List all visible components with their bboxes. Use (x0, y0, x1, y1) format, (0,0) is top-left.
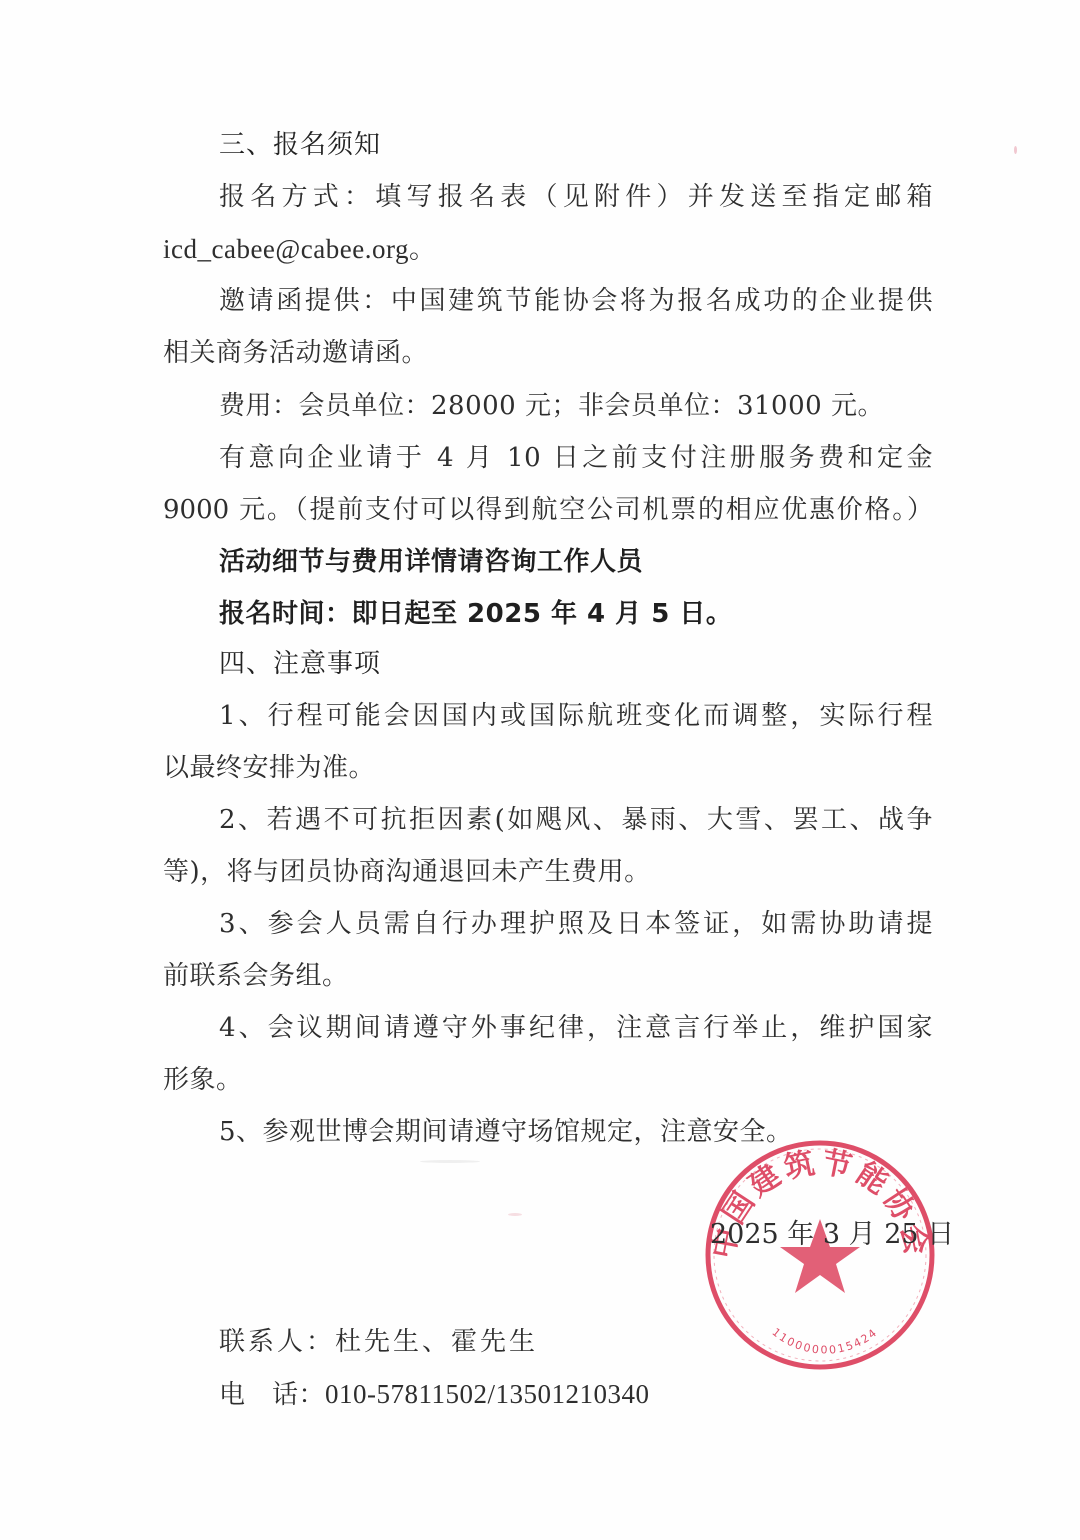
contact-person: 联系人：杜先生、霍先生 (219, 1325, 538, 1359)
notice-item-3-line2: 前联系会务组。 (163, 959, 349, 993)
notice-item-4-line2: 形象。 (163, 1063, 243, 1097)
section3-heading: 三、报名须知 (219, 128, 381, 162)
contact-phone: 电 话：010-57811502/13501210340 (219, 1377, 650, 1412)
fees-text: 费用：会员单位：28000 元；非会员单位：31000 元。 (219, 389, 884, 423)
phone-label: 电 话： (219, 1380, 325, 1410)
notice-item-2-line2: 等)，将与团员协商沟通退回未产生费用。 (163, 855, 651, 889)
consult-note: 活动细节与费用详情请咨询工作人员 (219, 545, 643, 579)
registration-method-line1: 报名方式：填写报名表（见附件）并发送至指定邮箱 (219, 180, 933, 214)
invitation-line1: 邀请函提供：中国建筑节能协会将为报名成功的企业提供 (219, 284, 933, 318)
document-page: 三、报名须知 报名方式：填写报名表（见附件）并发送至指定邮箱 icd_cabee… (0, 0, 1080, 1540)
deposit-line2: 9000 元。（提前支付可以得到航空公司机票的相应优惠价格。） (163, 493, 933, 527)
notice-item-2-line1: 2、若遇不可抗拒因素(如飓风、暴雨、大雪、罢工、战争 (219, 803, 933, 837)
official-seal-icon: 中国建筑节能协会 1100000015424 (700, 1135, 940, 1375)
notice-item-4-line1: 4、会议期间请遵守外事纪律，注意言行举止，维护国家 (219, 1011, 933, 1045)
phone-value: 010-57811502/13501210340 (325, 1379, 650, 1409)
section4-heading: 四、注意事项 (219, 647, 381, 681)
notice-item-1-line2: 以最终安排为准。 (163, 751, 375, 785)
signature-date: 2025 年 3 月 25 日 (710, 1218, 954, 1252)
scan-speck (420, 1160, 480, 1163)
deposit-line1: 有意向企业请于 4 月 10 日之前支付注册服务费和定金 (219, 441, 933, 475)
registration-period: 报名时间：即日起至 2025 年 4 月 5 日。 (219, 597, 732, 631)
scan-speck (1014, 146, 1017, 154)
registration-email: icd_cabee@cabee.org。 (163, 232, 436, 266)
notice-item-1-line1: 1、行程可能会因国内或国际航班变化而调整，实际行程 (219, 699, 933, 733)
scan-speck (508, 1213, 522, 1216)
notice-item-3-line1: 3、参会人员需自行办理护照及日本签证，如需协助请提 (219, 907, 933, 941)
invitation-line2: 相关商务活动邀请函。 (163, 336, 428, 370)
